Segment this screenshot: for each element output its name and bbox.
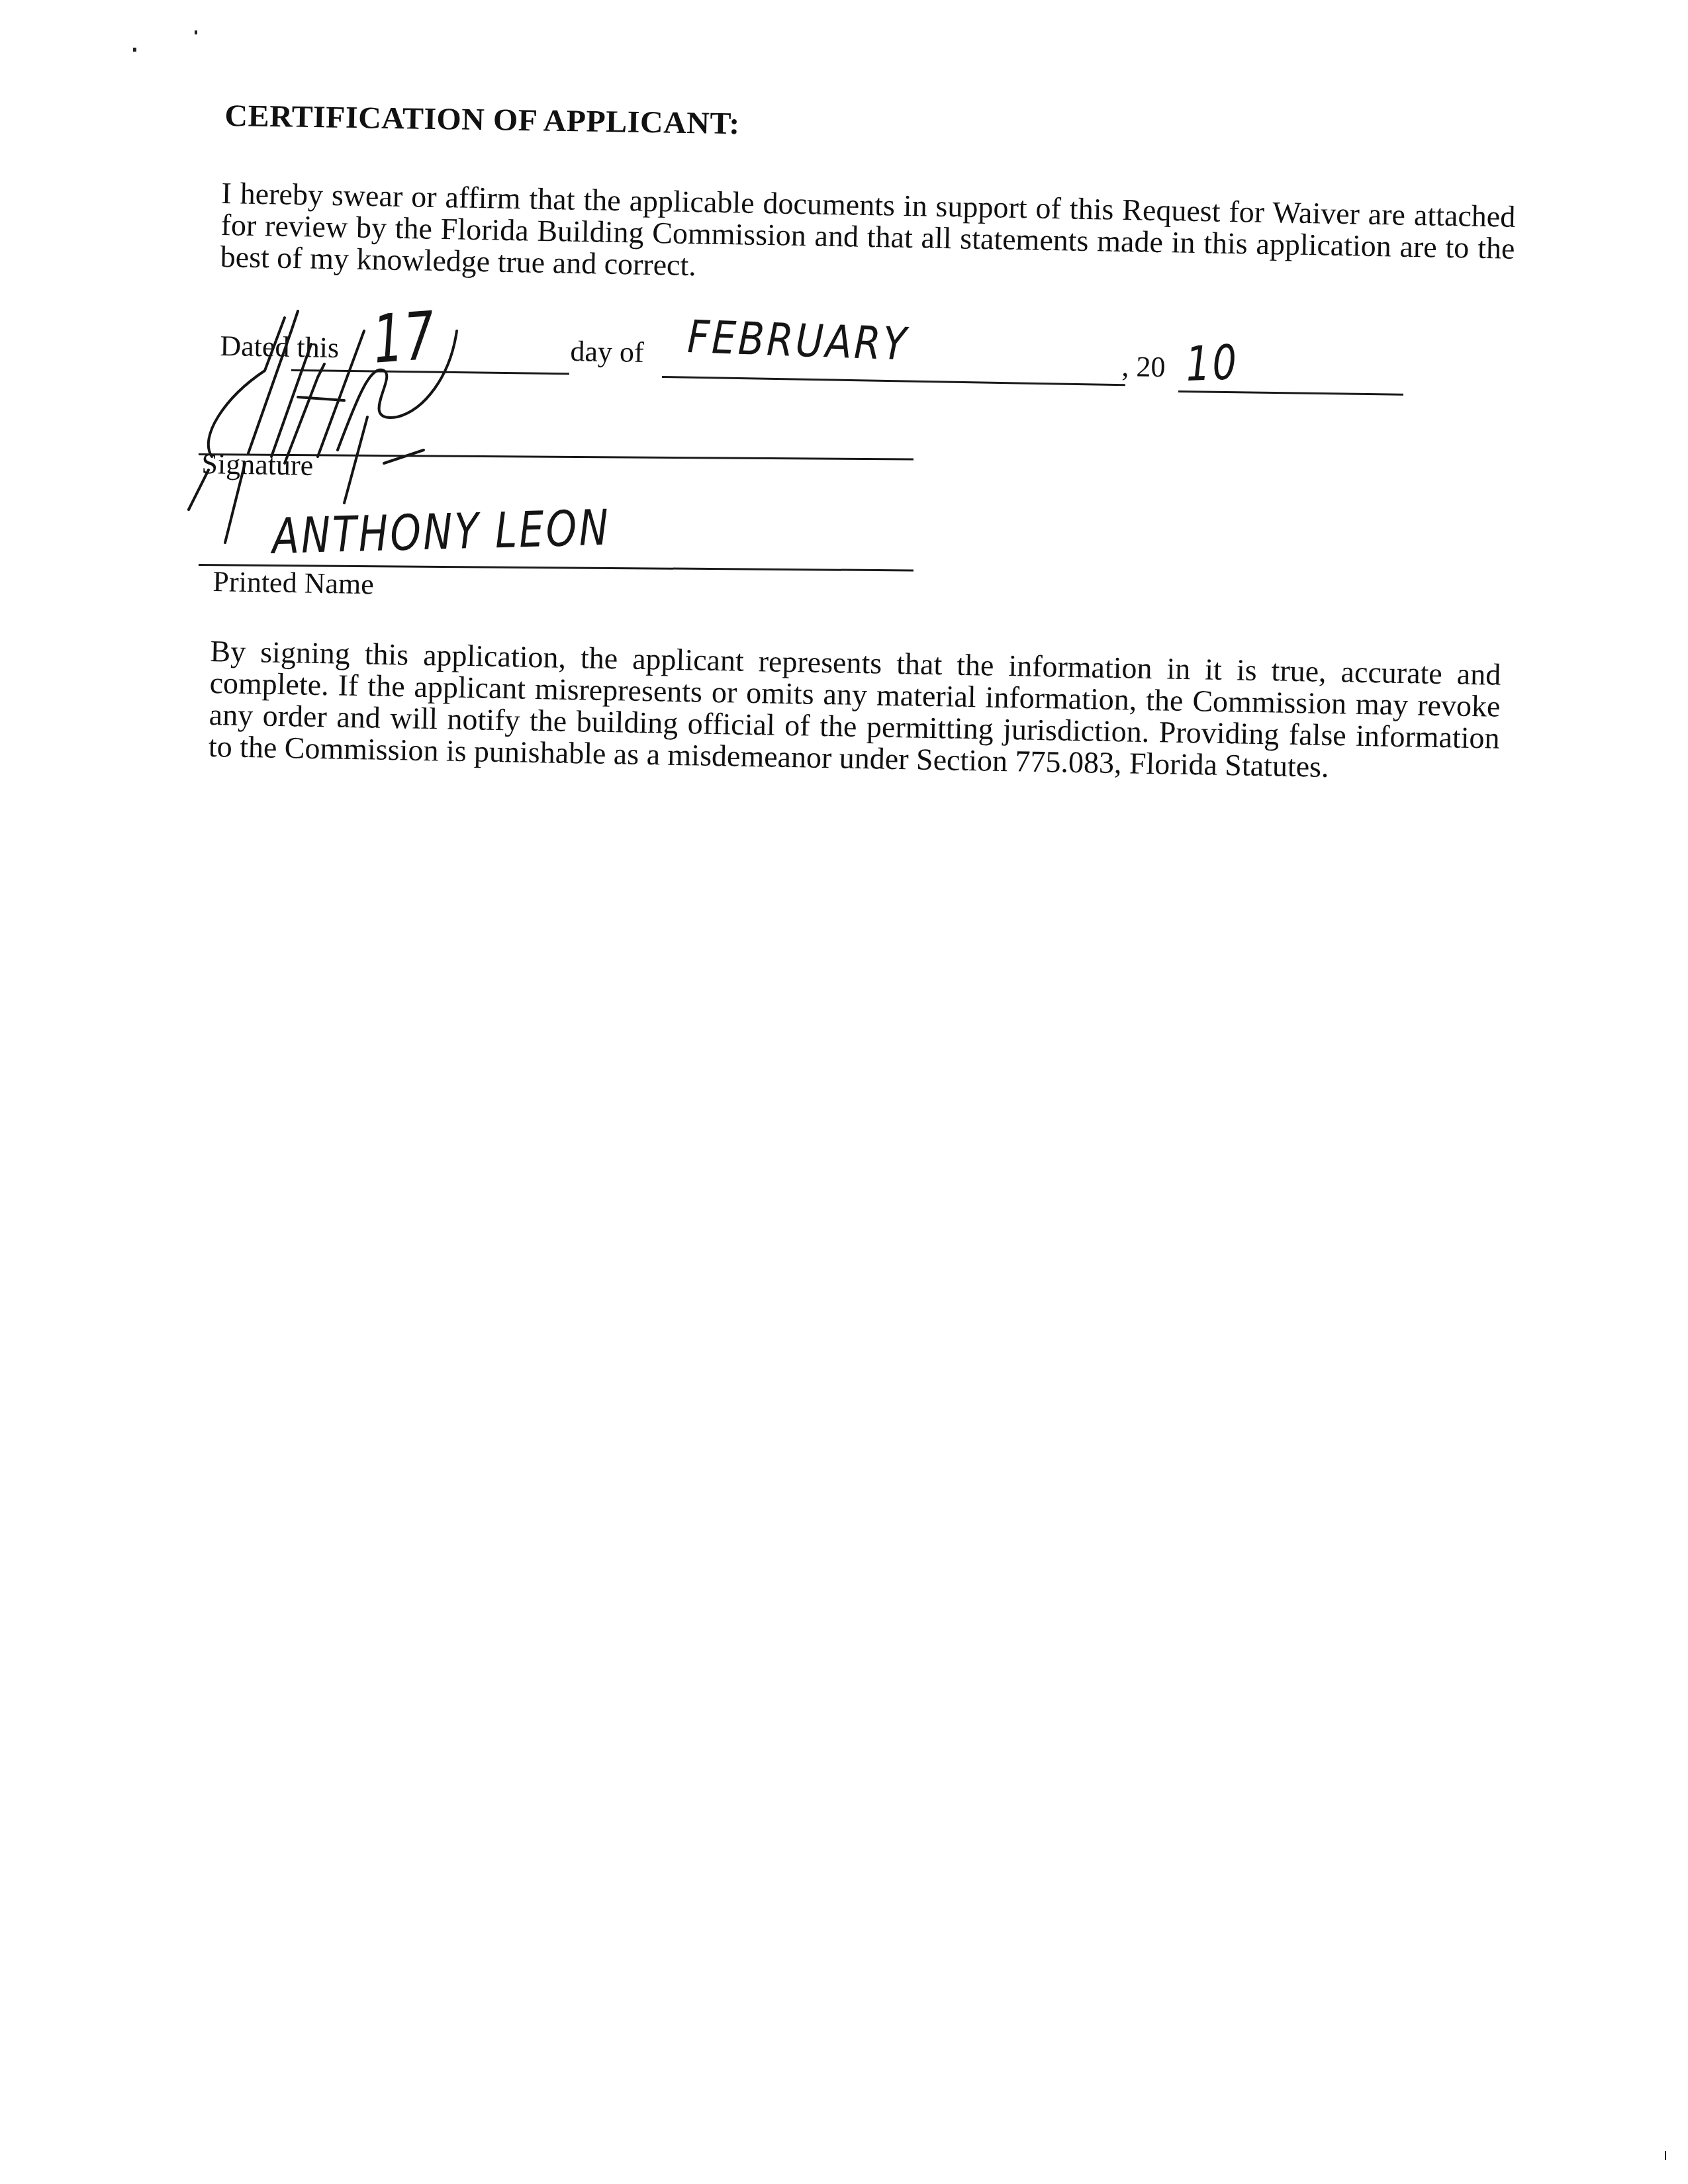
signature-label: Signature	[201, 447, 314, 482]
scan-speck	[133, 48, 136, 52]
scan-speck	[195, 30, 197, 34]
year-prefix-label: , 20	[1121, 349, 1166, 384]
certification-paragraph: I hereby swear or affirm that the applic…	[220, 177, 1515, 296]
month-field-underline	[662, 376, 1125, 386]
year-field-underline	[1178, 390, 1403, 396]
certification-title: CERTIFICATION OF APPLICANT:	[224, 98, 740, 142]
year-field[interactable]: 10	[1185, 334, 1240, 392]
notice-paragraph: By signing this application, the applica…	[208, 635, 1501, 786]
printed-name-label: Printed Name	[212, 565, 374, 601]
scan-speck	[1665, 2151, 1666, 2160]
document-page: CERTIFICATION OF APPLICANT: I hereby swe…	[0, 0, 1688, 2184]
month-field[interactable]: FEBRUARY	[686, 311, 910, 371]
printed-name-field[interactable]: ANTHONY LEON	[271, 500, 611, 565]
